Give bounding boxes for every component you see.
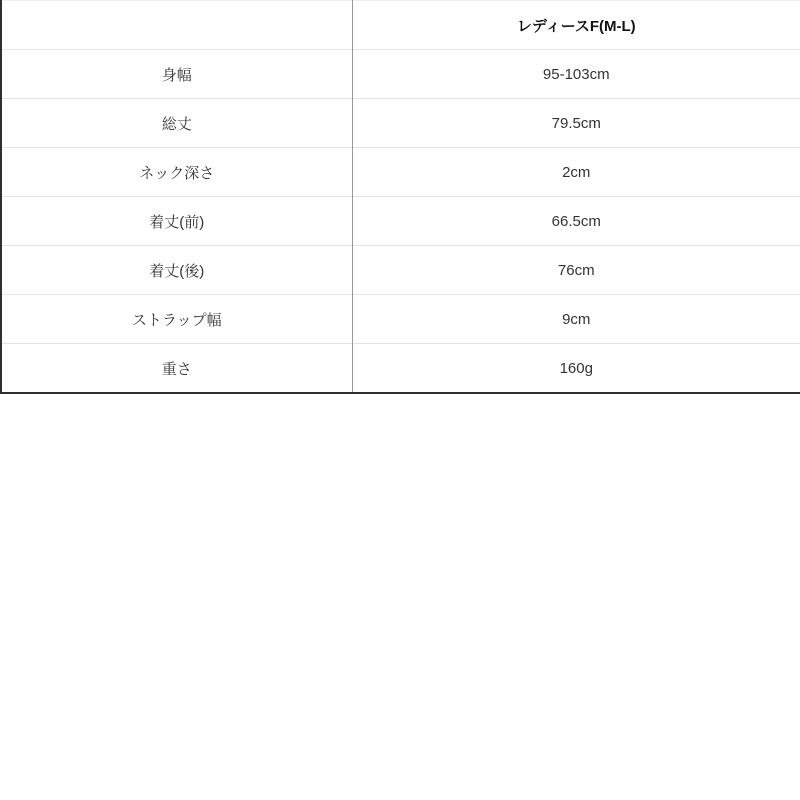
measurement-value-cell: 66.5cm — [352, 197, 800, 246]
measurement-label-cell: 着丈(前) — [1, 197, 352, 246]
table-row: 着丈(後) 76cm — [1, 246, 800, 295]
table-row: 身幅 95-103cm — [1, 50, 800, 99]
header-corner-cell — [1, 1, 352, 50]
header-size-cell: レディースF(M-L) — [352, 1, 800, 50]
table-row: ストラップ幅 9cm — [1, 295, 800, 344]
header-row: レディースF(M-L) — [1, 1, 800, 50]
measurement-label-cell: 総丈 — [1, 99, 352, 148]
page: レディースF(M-L) 身幅 95-103cm 総丈 79.5cm ネック深さ … — [0, 0, 800, 800]
table-row: 総丈 79.5cm — [1, 99, 800, 148]
measurement-value-cell: 79.5cm — [352, 99, 800, 148]
measurement-label-cell: ネック深さ — [1, 148, 352, 197]
size-chart-table: レディースF(M-L) 身幅 95-103cm 総丈 79.5cm ネック深さ … — [0, 0, 800, 394]
table-row: 重さ 160g — [1, 344, 800, 394]
measurement-value-cell: 9cm — [352, 295, 800, 344]
table-row: 着丈(前) 66.5cm — [1, 197, 800, 246]
measurement-value-cell: 160g — [352, 344, 800, 394]
measurement-value-cell: 76cm — [352, 246, 800, 295]
measurement-label-cell: ストラップ幅 — [1, 295, 352, 344]
measurement-label-cell: 身幅 — [1, 50, 352, 99]
measurement-value-cell: 95-103cm — [352, 50, 800, 99]
measurement-label-cell: 重さ — [1, 344, 352, 394]
empty-area — [0, 394, 800, 799]
measurement-value-cell: 2cm — [352, 148, 800, 197]
table-row: ネック深さ 2cm — [1, 148, 800, 197]
measurement-label-cell: 着丈(後) — [1, 246, 352, 295]
